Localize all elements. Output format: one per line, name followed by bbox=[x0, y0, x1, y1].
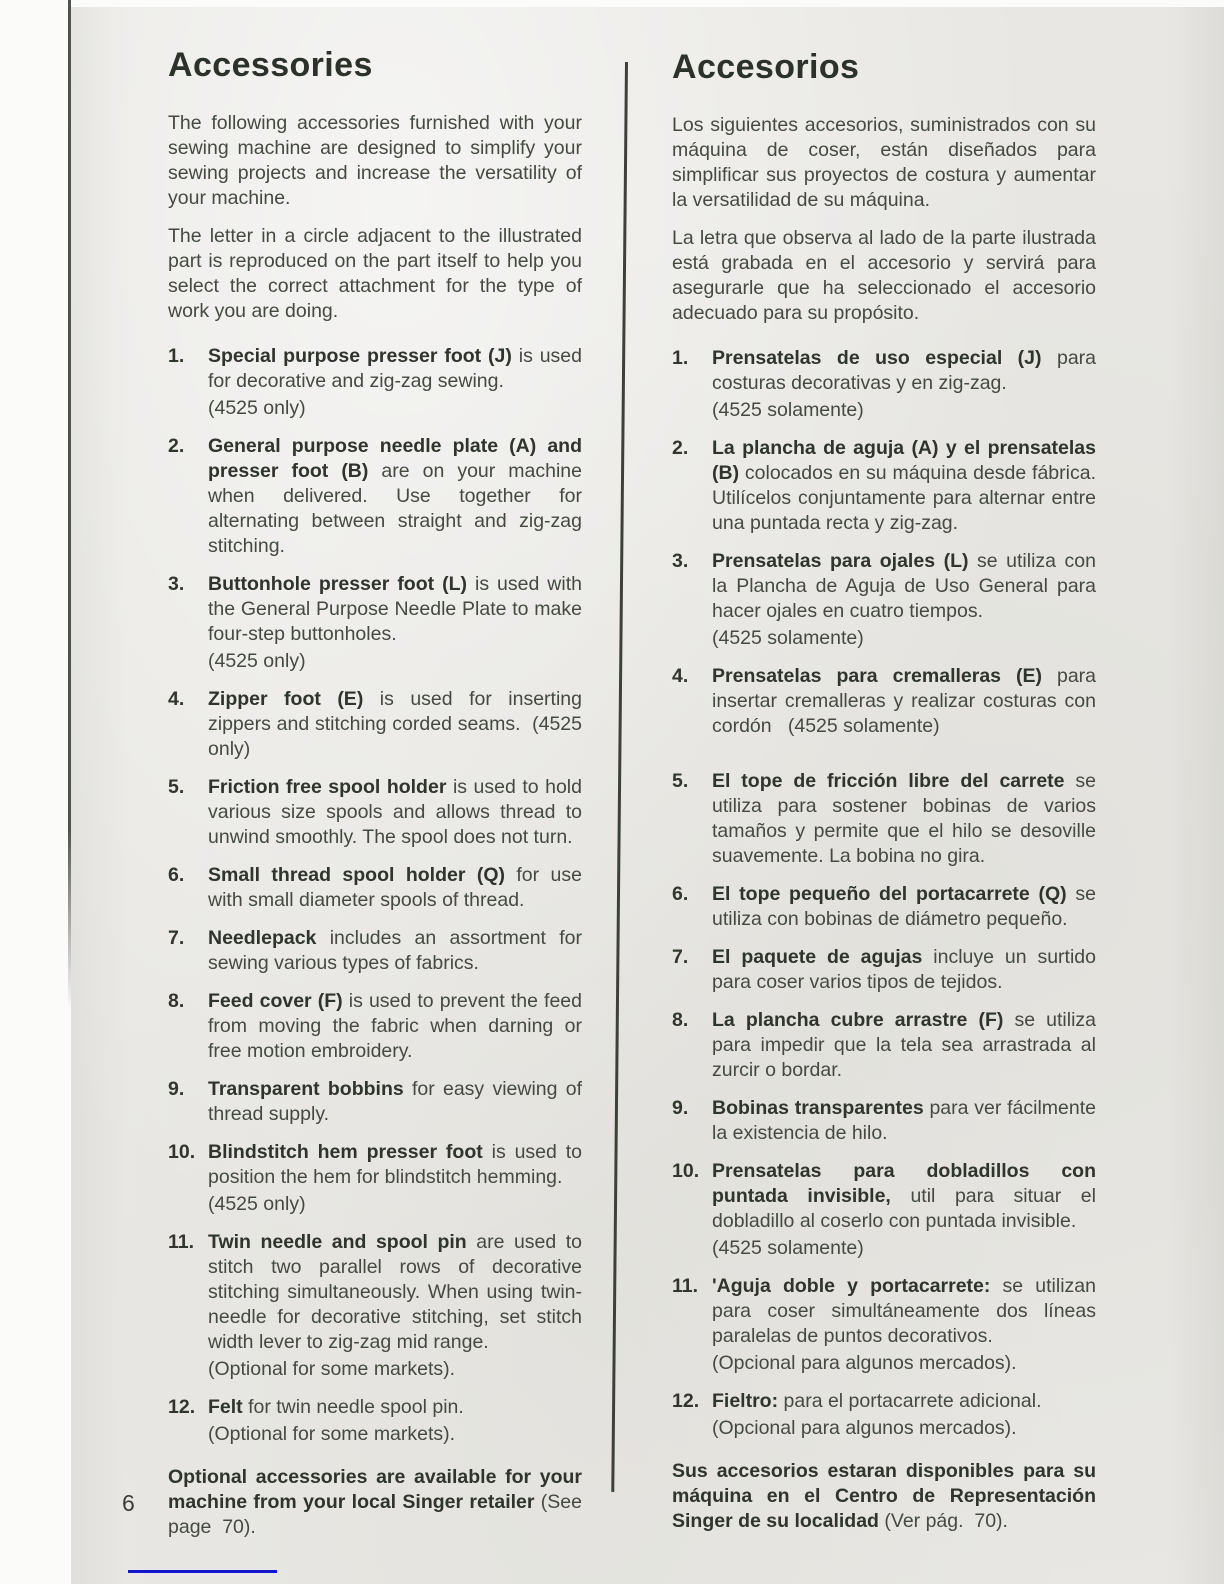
item-number: 1. bbox=[672, 346, 706, 423]
item-description: Fieltro: para el portacarrete adicional.… bbox=[712, 1389, 1096, 1441]
intro-paragraph-english-1: The following accessories furnished with… bbox=[168, 111, 582, 211]
accessory-item-es-8: 8. La plancha cubre arrastre (F) se util… bbox=[672, 1008, 1096, 1083]
item-name: Zipper foot (E) bbox=[208, 688, 363, 710]
item-note: (Optional for some markets). bbox=[208, 1357, 582, 1382]
accessory-item-es-2: 2. La plancha de aguja (A) y el prensate… bbox=[672, 436, 1096, 536]
item-name: Prensatelas de uso especial (J) bbox=[712, 347, 1042, 369]
item-description: Friction free spool holder is used to ho… bbox=[208, 775, 582, 850]
item-note: (4525 solamente) bbox=[712, 626, 1096, 651]
item-name: Feed cover (F) bbox=[208, 990, 343, 1012]
item-name: Prensatelas para cremalleras (E) bbox=[712, 665, 1042, 687]
item-number: 5. bbox=[168, 775, 202, 850]
item-description: La plancha cubre arrastre (F) se utiliza… bbox=[712, 1008, 1096, 1083]
intro-paragraph-spanish-2: La letra que observa al lado de la parte… bbox=[672, 226, 1096, 326]
accessory-item-en-3: 3. Buttonhole presser foot (L) is used w… bbox=[168, 572, 582, 674]
item-description: Small thread spool holder (Q) for use wi… bbox=[208, 863, 582, 913]
accessory-item-en-9: 9. Transparent bobbins for easy viewing … bbox=[168, 1077, 582, 1127]
item-description: Transparent bobbins for easy viewing of … bbox=[208, 1077, 582, 1127]
item-description: Prensatelas de uso especial (J) para cos… bbox=[712, 346, 1096, 423]
item-number: 8. bbox=[168, 989, 202, 1064]
item-description: Blindstitch hem presser foot is used to … bbox=[208, 1140, 582, 1217]
accessory-item-en-5: 5. Friction free spool holder is used to… bbox=[168, 775, 582, 850]
item-note: (4525 only) bbox=[208, 1192, 582, 1217]
item-description: Prensatelas para cremalleras (E) para in… bbox=[712, 664, 1096, 739]
item-description: Needlepack includes an assortment for se… bbox=[208, 926, 582, 976]
item-description: Prensatelas para ojales (L) se utiliza c… bbox=[712, 549, 1096, 651]
item-name: El paquete de agujas bbox=[712, 946, 922, 968]
item-number: 3. bbox=[672, 549, 706, 651]
item-note: (Opcional para algunos mercados). bbox=[712, 1351, 1096, 1376]
item-note: (4525 solamente) bbox=[712, 398, 1096, 423]
item-note: (4525 only) bbox=[208, 649, 582, 674]
item-name: Transparent bobbins bbox=[208, 1078, 404, 1100]
accessory-item-en-2: 2. General purpose needle plate (A) and … bbox=[168, 434, 582, 559]
item-text: para el portacarrete adicional. bbox=[784, 1390, 1042, 1412]
item-number: 1. bbox=[168, 344, 202, 421]
item-number: 8. bbox=[672, 1008, 706, 1083]
item-name: Fieltro: bbox=[712, 1390, 778, 1412]
item-description: Feed cover (F) is used to prevent the fe… bbox=[208, 989, 582, 1064]
accessory-item-en-10: 10. Blindstitch hem presser foot is used… bbox=[168, 1140, 582, 1217]
item-note: (Optional for some markets). bbox=[208, 1422, 582, 1447]
item-description: 'Aguja doble y portacarrete: se utilizan… bbox=[712, 1274, 1096, 1376]
accessory-item-es-3: 3. Prensatelas para ojales (L) se utiliz… bbox=[672, 549, 1096, 651]
accessory-item-es-7: 7. El paquete de agujas incluye un surti… bbox=[672, 945, 1096, 995]
accessory-item-es-10: 10. Prensatelas para dobladillos con pun… bbox=[672, 1159, 1096, 1261]
item-text: for twin needle spool pin. bbox=[248, 1396, 464, 1418]
section-title-spanish: Accesorios bbox=[672, 48, 1096, 87]
item-name: El tope de fricción libre del carrete bbox=[712, 770, 1065, 792]
item-description: La plancha de aguja (A) y el prensatelas… bbox=[712, 436, 1096, 536]
item-name: Bobinas transparentes bbox=[712, 1097, 924, 1119]
closing-rest: (Ver pág. 70). bbox=[884, 1510, 1008, 1532]
item-description: General purpose needle plate (A) and pre… bbox=[208, 434, 582, 559]
accessory-item-en-1: 1. Special purpose presser foot (J) is u… bbox=[168, 344, 582, 421]
item-number: 9. bbox=[672, 1096, 706, 1146]
item-text: colocados en su máquina desde fábrica. U… bbox=[712, 462, 1096, 534]
item-number: 12. bbox=[168, 1395, 202, 1447]
intro-paragraph-spanish-1: Los siguientes accesorios, suministrados… bbox=[672, 113, 1096, 213]
item-number: 6. bbox=[168, 863, 202, 913]
intro-paragraph-english-2: The letter in a circle adjacent to the i… bbox=[168, 224, 582, 324]
item-description: El paquete de agujas incluye un surtido … bbox=[712, 945, 1096, 995]
accessory-item-es-6: 6. El tope pequeño del portacarrete (Q) … bbox=[672, 882, 1096, 932]
item-number: 2. bbox=[168, 434, 202, 559]
accessory-item-es-5: 5. El tope de fricción libre del carrete… bbox=[672, 769, 1096, 869]
item-name: 'Aguja doble y portacarrete: bbox=[712, 1275, 990, 1297]
english-column: Accessories The following accessories fu… bbox=[168, 46, 582, 1540]
item-number: 12. bbox=[672, 1389, 706, 1441]
accessory-item-es-11: 11. 'Aguja doble y portacarrete: se util… bbox=[672, 1274, 1096, 1376]
item-name: Buttonhole presser foot (L) bbox=[208, 573, 467, 595]
item-description: El tope de fricción libre del carrete se… bbox=[712, 769, 1096, 869]
item-name: Blindstitch hem presser foot bbox=[208, 1141, 483, 1163]
item-number: 2. bbox=[672, 436, 706, 536]
item-description: Special purpose presser foot (J) is used… bbox=[208, 344, 582, 421]
item-note: (4525 only) bbox=[208, 396, 582, 421]
item-number: 4. bbox=[168, 687, 202, 762]
item-number: 7. bbox=[672, 945, 706, 995]
accessory-item-en-11: 11. Twin needle and spool pin are used t… bbox=[168, 1230, 582, 1382]
item-number: 5. bbox=[672, 769, 706, 869]
section-title-english: Accessories bbox=[168, 46, 582, 85]
item-number: 11. bbox=[168, 1230, 202, 1382]
item-name: La plancha cubre arrastre (F) bbox=[712, 1009, 1003, 1031]
spanish-column: Accesorios Los siguientes accesorios, su… bbox=[672, 48, 1096, 1534]
closing-paragraph-english: Optional accessories are available for y… bbox=[168, 1465, 582, 1540]
closing-paragraph-spanish: Sus accesorios estaran disponibles para … bbox=[672, 1459, 1096, 1534]
item-number: 10. bbox=[672, 1159, 706, 1261]
item-number: 11. bbox=[672, 1274, 706, 1376]
accessory-item-en-8: 8. Feed cover (F) is used to prevent the… bbox=[168, 989, 582, 1064]
item-name: Special purpose presser foot (J) bbox=[208, 345, 512, 367]
item-name: Felt bbox=[208, 1396, 243, 1418]
item-description: Bobinas transparentes para ver fácilment… bbox=[712, 1096, 1096, 1146]
item-description: El tope pequeño del portacarrete (Q) se … bbox=[712, 882, 1096, 932]
item-note: (4525 solamente) bbox=[712, 1236, 1096, 1261]
item-number: 3. bbox=[168, 572, 202, 674]
closing-bold: Optional accessories are available for y… bbox=[168, 1466, 582, 1513]
item-name: Prensatelas para ojales (L) bbox=[712, 550, 968, 572]
item-number: 9. bbox=[168, 1077, 202, 1127]
item-number: 7. bbox=[168, 926, 202, 976]
accessory-item-es-9: 9. Bobinas transparentes para ver fácilm… bbox=[672, 1096, 1096, 1146]
scan-edge-artifact-line bbox=[68, 0, 71, 1010]
item-description: Buttonhole presser foot (L) is used with… bbox=[208, 572, 582, 674]
item-description: Felt for twin needle spool pin. (Optiona… bbox=[208, 1395, 582, 1447]
accessory-item-en-4: 4. Zipper foot (E) is used for inserting… bbox=[168, 687, 582, 762]
accessory-item-es-4: 4. Prensatelas para cremalleras (E) para… bbox=[672, 664, 1096, 739]
item-description: Zipper foot (E) is used for inserting zi… bbox=[208, 687, 582, 762]
item-name: El tope pequeño del portacarrete (Q) bbox=[712, 883, 1067, 905]
item-number: 10. bbox=[168, 1140, 202, 1217]
item-name: Small thread spool holder (Q) bbox=[208, 864, 505, 886]
item-name: Needlepack bbox=[208, 927, 316, 949]
accessory-item-es-12: 12. Fieltro: para el portacarrete adicio… bbox=[672, 1389, 1096, 1441]
accessory-item-en-12: 12. Felt for twin needle spool pin. (Opt… bbox=[168, 1395, 582, 1447]
accessory-item-en-6: 6. Small thread spool holder (Q) for use… bbox=[168, 863, 582, 913]
item-description: Prensatelas para dobladillos con puntada… bbox=[712, 1159, 1096, 1261]
item-description: Twin needle and spool pin are used to st… bbox=[208, 1230, 582, 1382]
item-name: Friction free spool holder bbox=[208, 776, 446, 798]
item-number: 6. bbox=[672, 882, 706, 932]
accessory-item-en-7: 7. Needlepack includes an assortment for… bbox=[168, 926, 582, 976]
footer-blue-line bbox=[128, 1570, 277, 1573]
accessory-item-es-1: 1. Prensatelas de uso especial (J) para … bbox=[672, 346, 1096, 423]
item-note: (Opcional para algunos mercados). bbox=[712, 1416, 1096, 1441]
item-name: Twin needle and spool pin bbox=[208, 1231, 467, 1253]
page-number: 6 bbox=[122, 1490, 135, 1517]
item-number: 4. bbox=[672, 664, 706, 739]
